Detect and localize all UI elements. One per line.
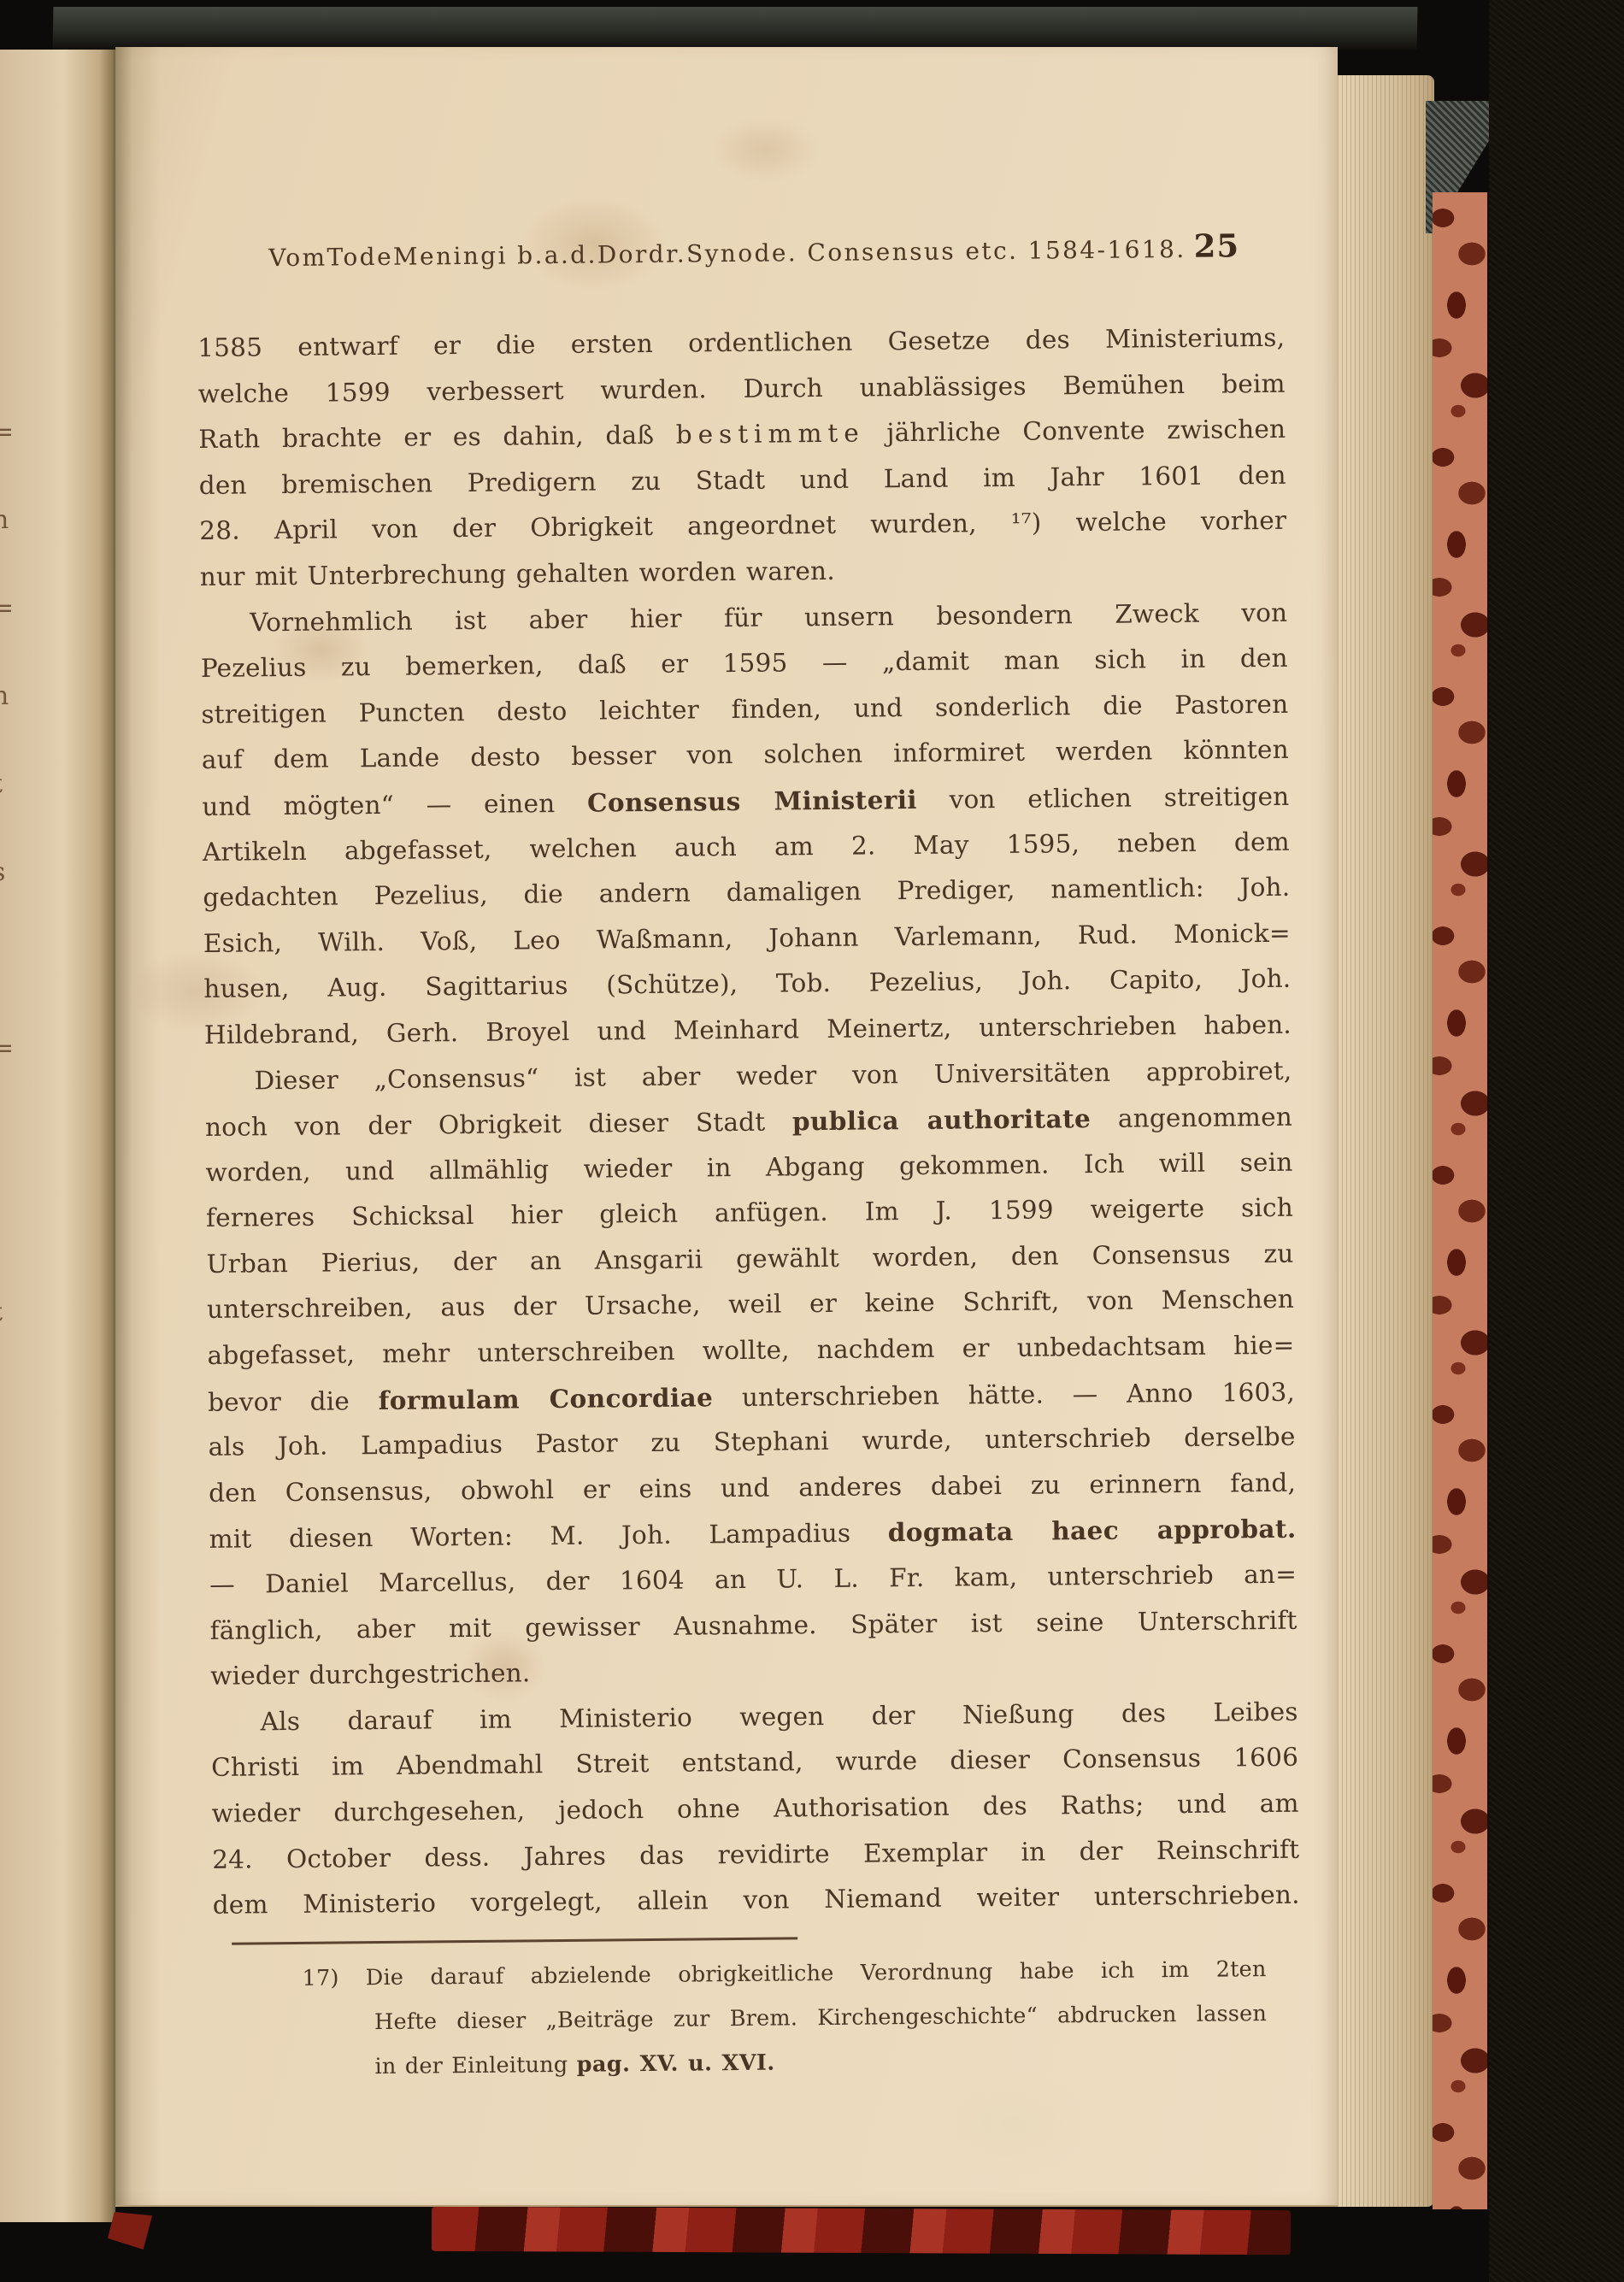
facing-page-glyph: , bbox=[0, 1209, 14, 1297]
page-text: VomTodeMeningi b.a.d.Dordr.Synode. Conse… bbox=[197, 226, 1302, 2091]
book-top-edge bbox=[52, 7, 1417, 50]
footnote: 17) Die darauf abzielende obrigkeitliche… bbox=[302, 1947, 1267, 2090]
red-speck bbox=[108, 2212, 152, 2250]
text-line: dem Ministerio vorgelegt, allein von Nie… bbox=[212, 1873, 1299, 1929]
marbled-cover-strip bbox=[1433, 192, 1490, 2209]
bottom-marble-strip bbox=[432, 2207, 1291, 2255]
fore-edge bbox=[1338, 75, 1434, 2207]
paragraph: Als darauf im Ministerio wegen der Nießu… bbox=[210, 1690, 1300, 1929]
header-title: VomTodeMeningi b.a.d.Dordr.Synode. Conse… bbox=[268, 235, 1186, 272]
page: VomTodeMeningi b.a.d.Dordr.Synode. Conse… bbox=[115, 47, 1338, 2207]
facing-page-glyph: n bbox=[0, 681, 14, 769]
facing-page-glyph: = bbox=[0, 593, 14, 681]
paragraph: Vornehmlich ist aber hier für unsern bes… bbox=[200, 590, 1292, 1058]
book-photo: { "colors": { "paper": "#e9d6b8", "ink":… bbox=[0, 0, 1624, 2282]
text-line: Hefte dieser „Beiträge zur Brem. Kirchen… bbox=[303, 1991, 1267, 2045]
facing-page-glyph: = bbox=[0, 1033, 14, 1121]
facing-page-glyph-column: =n=nts:=,,t bbox=[0, 417, 14, 1385]
facing-page-glyph: = bbox=[0, 417, 14, 505]
body-text: 1585 entwarf er die ersten ordentlichen … bbox=[197, 315, 1300, 1929]
paragraph: Dieser „Consensus“ ist aber weder von Un… bbox=[204, 1048, 1297, 1699]
paragraph: 1585 entwarf er die ersten ordentlichen … bbox=[197, 315, 1287, 601]
facing-page-glyph: t bbox=[0, 769, 14, 857]
page-number: 25 bbox=[1193, 226, 1239, 265]
text-line: fänglich, aber mit gewisser Ausnahme. Sp… bbox=[209, 1597, 1297, 1654]
facing-page-glyph: : bbox=[0, 945, 14, 1033]
running-header: VomTodeMeningi b.a.d.Dordr.Synode. Conse… bbox=[197, 226, 1284, 273]
black-cover bbox=[1489, 0, 1624, 2282]
facing-page-glyph: s bbox=[0, 857, 14, 945]
text-line: 28. April von der Obrigkeit angeordnet w… bbox=[199, 498, 1286, 555]
facing-page-glyph: t bbox=[0, 1297, 14, 1385]
facing-page-edge: =n=nts:=,,t bbox=[0, 50, 115, 2222]
facing-page-glyph: , bbox=[0, 1121, 14, 1209]
facing-page-glyph: n bbox=[0, 505, 14, 593]
